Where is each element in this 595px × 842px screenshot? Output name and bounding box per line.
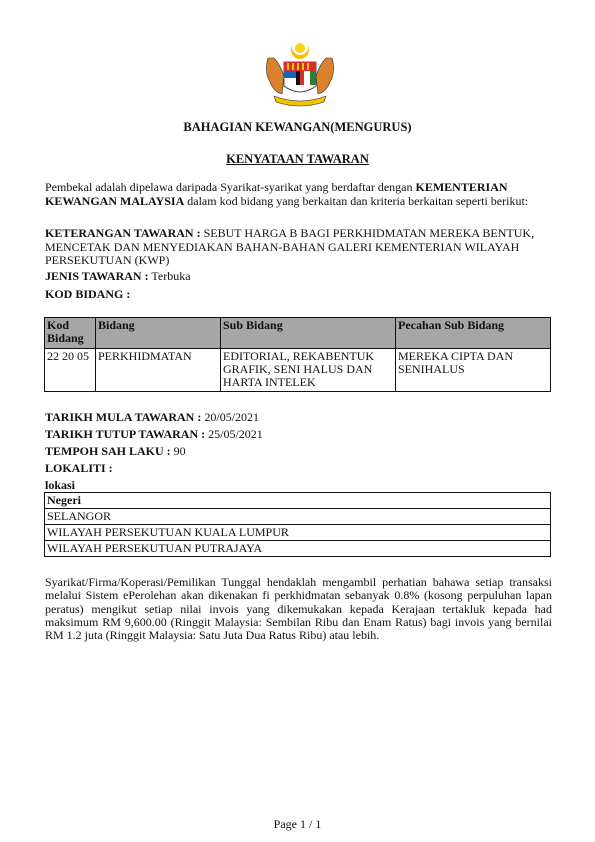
lokasi-item: WILAYAH PERSEKUTUAN KUALA LUMPUR <box>45 525 551 541</box>
col-bidang: Bidang <box>96 318 221 349</box>
col-negeri: Negeri <box>45 493 551 509</box>
cell-sub-bidang: EDITORIAL, REKABENTUK GRAFIK, SENI HALUS… <box>221 349 396 392</box>
intro-paragraph: Pembekal adalah dipelawa daripada Syarik… <box>45 180 550 208</box>
table-row: SELANGOR <box>45 509 551 525</box>
lokasi-table: Negeri SELANGOR WILAYAH PERSEKUTUAN KUAL… <box>44 492 551 557</box>
col-sub-bidang: Sub Bidang <box>221 318 396 349</box>
cell-bidang: PERKHIDMATAN <box>96 349 221 392</box>
table-row: WILAYAH PERSEKUTUAN PUTRAJAYA <box>45 541 551 557</box>
col-kod-bidang: Kod Bidang <box>45 318 96 349</box>
offer-type: JENIS TAWARAN : Terbuka <box>45 269 191 284</box>
department-title: BAHAGIAN KEWANGAN(MENGURUS) <box>0 120 595 135</box>
validity-period: TEMPOH SAH LAKU : 90 <box>45 444 186 459</box>
tutup-label: TARIKH TUTUP TAWARAN : <box>45 427 205 441</box>
jenis-value: Terbuka <box>151 269 190 283</box>
lokasi-header-row: Negeri <box>45 493 551 509</box>
kod-bidang-table: Kod Bidang Bidang Sub Bidang Pecahan Sub… <box>44 317 551 392</box>
intro-text-after: dalam kod bidang yang berkaitan dan krit… <box>184 194 528 208</box>
keterangan-label: KETERANGAN TAWARAN : <box>45 226 201 240</box>
mula-value: 20/05/2021 <box>204 410 259 424</box>
offer-description: KETERANGAN TAWARAN : SEBUT HARGA B BAGI … <box>45 227 555 268</box>
kod-bidang-label: KOD BIDANG : <box>45 287 130 302</box>
lokaliti-label: LOKALITI : <box>45 461 113 476</box>
page-number: Page 1 / 1 <box>0 817 595 832</box>
jenis-label: JENIS TAWARAN : <box>45 269 149 283</box>
mula-label: TARIKH MULA TAWARAN : <box>45 410 201 424</box>
service-fee-note: Syarikat/Firma/Koperasi/Pemilikan Tungga… <box>45 576 552 642</box>
start-date: TARIKH MULA TAWARAN : 20/05/2021 <box>45 410 259 425</box>
close-date: TARIKH TUTUP TAWARAN : 25/05/2021 <box>45 427 263 442</box>
tempoh-label: TEMPOH SAH LAKU : <box>45 444 171 458</box>
table-row: WILAYAH PERSEKUTUAN KUALA LUMPUR <box>45 525 551 541</box>
lokasi-label: lokasi <box>45 478 75 493</box>
document-title: KENYATAAN TAWARAN <box>0 152 595 167</box>
malaysia-coat-of-arms-icon <box>262 38 338 110</box>
col-pecahan-sub-bidang: Pecahan Sub Bidang <box>396 318 551 349</box>
table-row: 22 20 05 PERKHIDMATAN EDITORIAL, REKABEN… <box>45 349 551 392</box>
tutup-value: 25/05/2021 <box>208 427 263 441</box>
lokasi-item: WILAYAH PERSEKUTUAN PUTRAJAYA <box>45 541 551 557</box>
cell-kod: 22 20 05 <box>45 349 96 392</box>
intro-text-before: Pembekal adalah dipelawa daripada Syarik… <box>45 180 416 194</box>
cell-pecahan: MEREKA CIPTA DAN SENIHALUS <box>396 349 551 392</box>
table-header-row: Kod Bidang Bidang Sub Bidang Pecahan Sub… <box>45 318 551 349</box>
tempoh-value: 90 <box>174 444 186 458</box>
lokasi-item: SELANGOR <box>45 509 551 525</box>
